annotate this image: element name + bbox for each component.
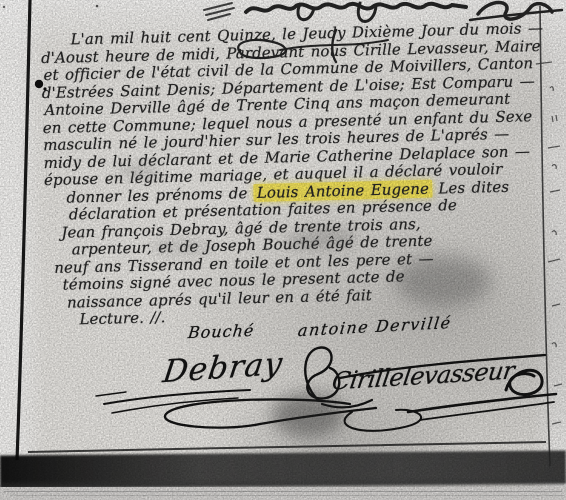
scanned-document: L'an mil huit cent Quinze, le Jeudy Dixi… — [0, 0, 566, 500]
scanner-background-strip — [0, 487, 566, 500]
line-post-text: Les dites — [432, 177, 509, 197]
signature-bouche: Bouché — [187, 321, 255, 342]
manuscript-text: L'an mil huit cent Quinze, le Jeudy Dixi… — [40, 20, 547, 330]
bottom-scan-shadow-band — [0, 451, 566, 489]
